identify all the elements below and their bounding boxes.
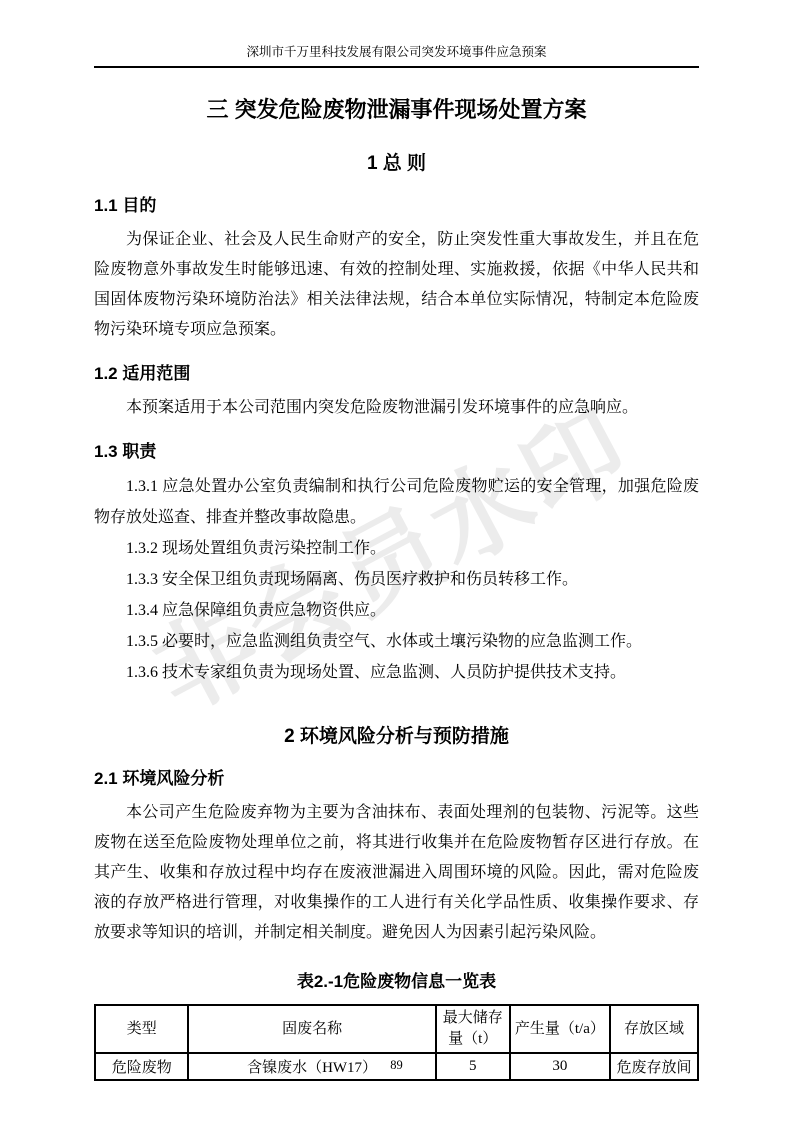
list-item-1-3-1: 1.3.1 应急处置办公室负责编制和执行公司危险废物贮运的安全管理，加强危险废物… [94,471,699,533]
column-header-storage-area: 存放区域 [610,1005,698,1053]
document-page: 非会员水印 深圳市千万里科技发展有限公司突发环境事件应急预案 三 突发危险废物泄… [0,0,793,1122]
column-header-production: 产生量（t/a） [510,1005,610,1053]
list-item-1-3-5: 1.3.5 必要时，应急监测组负责空气、水体或土壤污染物的应急监测工作。 [94,626,699,657]
section-1-title: 1 总 则 [94,151,699,177]
column-header-waste-name: 固废名称 [188,1005,435,1053]
section-2-title: 2 环境风险分析与预防措施 [94,724,699,750]
page-number: 89 [94,1053,699,1073]
list-item-1-3-6: 1.3.6 技术专家组负责为现场处置、应急监测、人员防护提供技术支持。 [94,657,699,688]
page-footer: 89 [94,1052,699,1073]
list-item-1-3-4: 1.3.4 应急保障组负责应急物资供应。 [94,595,699,626]
heading-2-1: 2.1 环境风险分析 [94,767,699,791]
header-title: 深圳市千万里科技发展有限公司突发环境事件应急预案 [94,44,699,60]
paragraph-1-1: 为保证企业、社会及人民生命财产的安全，防止突发性重大事故发生，并且在危险废物意外… [94,225,699,345]
paragraph-1-2: 本预案适用于本公司范围内突发危险废物泄漏引发环境事件的应急响应。 [94,393,699,423]
chapter-title: 三 突发危险废物泄漏事件现场处置方案 [94,95,699,125]
heading-1-1: 1.1 目的 [94,194,699,218]
heading-1-2: 1.2 适用范围 [94,362,699,386]
table-caption: 表2.-1危险废物信息一览表 [94,970,699,994]
page-header: 深圳市千万里科技发展有限公司突发环境事件应急预案 [94,44,699,68]
column-header-max-storage: 最大储存量（t） [436,1005,510,1053]
table-header-row: 类型 固废名称 最大储存量（t） 产生量（t/a） 存放区域 [95,1005,698,1053]
list-item-1-3-2: 1.3.2 现场处置组负责污染控制工作。 [94,533,699,564]
list-item-1-3-3: 1.3.3 安全保卫组负责现场隔离、伤员医疗救护和伤员转移工作。 [94,564,699,595]
heading-1-3: 1.3 职责 [94,440,699,464]
document-body: 三 突发危险废物泄漏事件现场处置方案 1 总 则 1.1 目的 为保证企业、社会… [94,70,699,1081]
column-header-type: 类型 [95,1005,188,1053]
paragraph-2-1: 本公司产生危险废弃物为主要为含油抹布、表面处理剂的包装物、污泥等。这些废物在送至… [94,798,699,948]
